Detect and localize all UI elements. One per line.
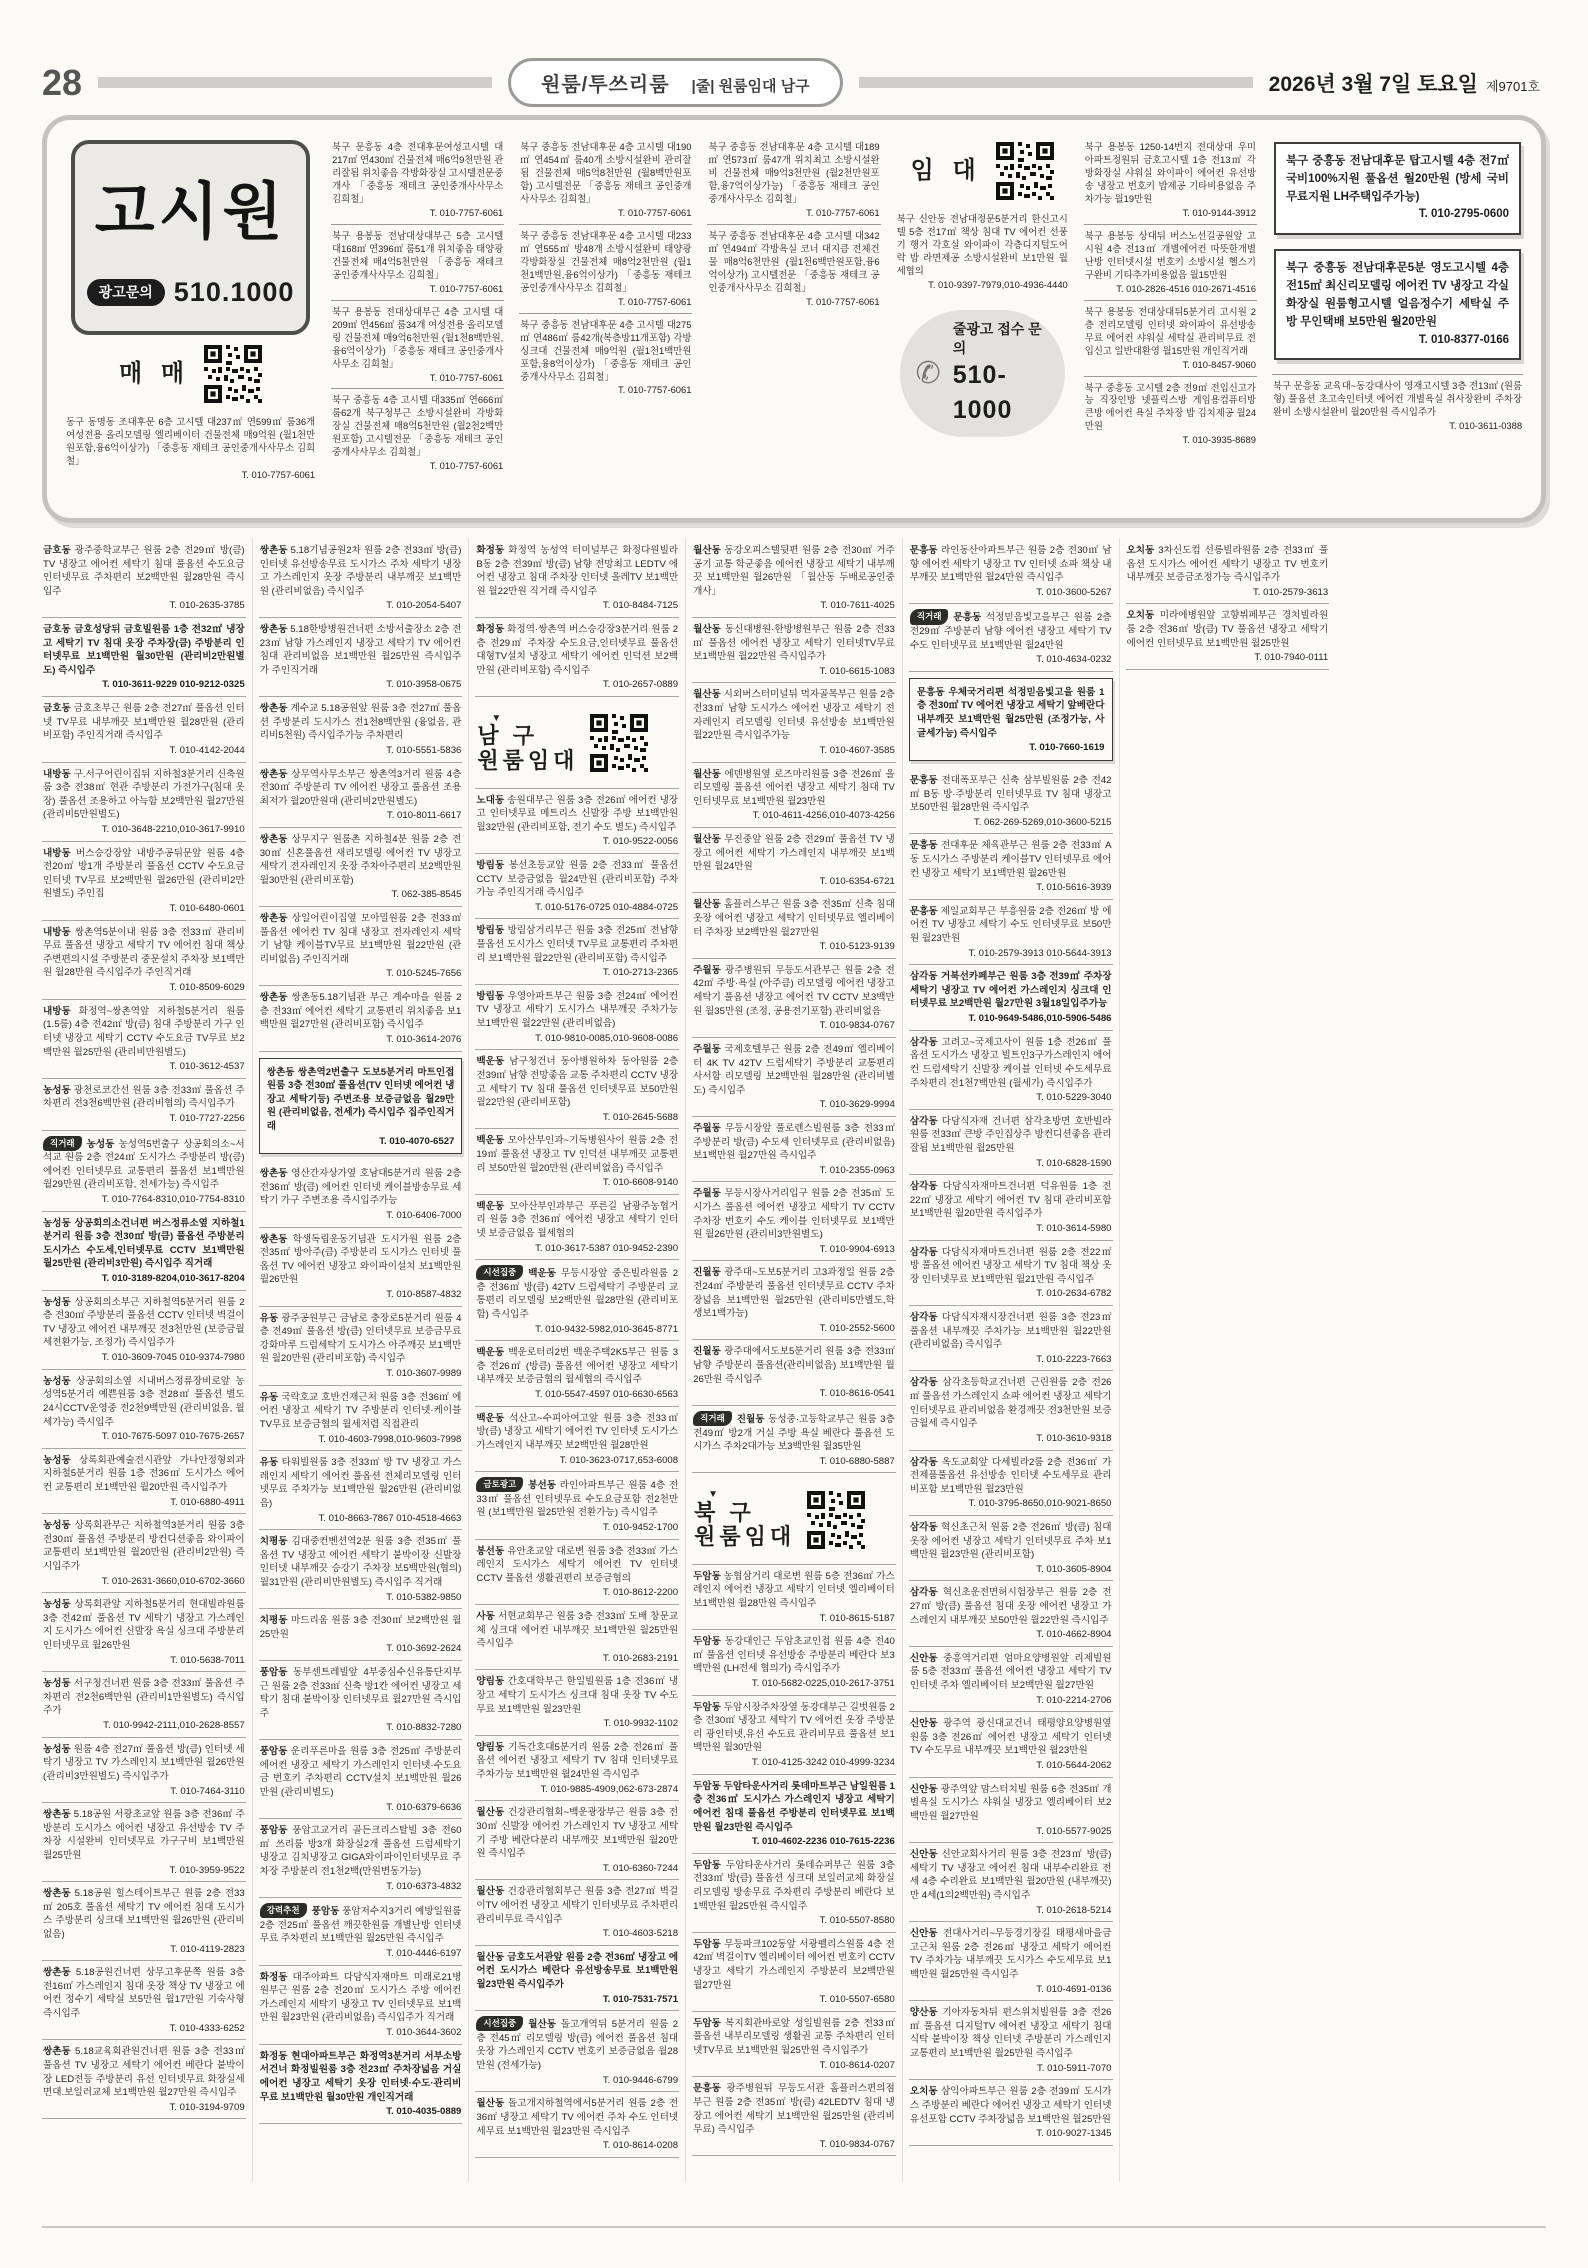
ad-phone: T. 010-2552-5600 [693,1322,895,1336]
ad-locality: 주월동 [693,1123,725,1134]
ad-locality: 북구 [520,141,541,152]
ad-phone: T. 010-8484-7125 [476,599,678,613]
ad-locality: 월산동 [476,1952,507,1963]
ad-locality: 신안동 [910,1718,943,1729]
region-section-header: ▼북 구 원룸임대 [692,1473,896,1564]
ad-phone: T. 010-2631-3660,010-6702-3660 [43,1575,245,1589]
ad-phone: T. 010-3795-8650,010-9021-8650 [910,1497,1112,1511]
ad-phone: T. 010-2579-3913 010-5644-3913 [910,947,1112,961]
ad-locality: 문흥동 [910,840,941,851]
ad-locality: 백운동 [476,1413,509,1424]
classified-ad: 농성동 상공회의소옆 시내버스정류장비로앞 농성역5분거리 예쁜원룸 3층 전2… [42,1370,246,1449]
ad-phone: T. 010-8377-0166 [1286,332,1509,350]
classified-ad: 북구 중흥동 전남대후문 4층 고시텔 대190㎡ 연454㎡ 룸40개 소방시… [519,136,692,224]
ad-locality: 농성동 [43,1599,74,1610]
ad-locality: 신안동 [910,1849,942,1860]
ad-phone: T. 010-3692-2624 [260,1642,462,1656]
ad-locality: 쌍촌동 [43,1888,75,1899]
ad-phone: T. 010-9932-1102 [476,1717,678,1731]
classified-ad: 쌍촌동 5.18공원 힐스테이트부근 원룸 2층 전33㎡ 205호 풀옵션 세… [42,1882,246,1961]
ad-phone: T. 010-2579-3613 [1127,586,1329,600]
classified-ad: 농성동 광천로코간선 원룸 3층 전33㎡ 풀옵션 주차편리 전3천6백만원 (… [42,1079,246,1131]
ad-badge: 시선집중 [476,1265,523,1280]
ad-locality: 쌍촌동 [43,1809,74,1820]
classified-ad: 내방동 화정역~쌍촌역앞 지하철5분거리 원룸(1.5룸) 4층 전42㎡ 방(… [42,1000,246,1079]
qr-code [590,714,648,772]
ad-phone: T. 010-9834-0767 [693,1019,895,1033]
ad-phone: T. 010-6354-6721 [693,875,895,889]
ad-phone: T. 010-4125-3242 010-4999-3234 [693,1756,895,1770]
classified-ad: 쌍촌동 계수교 5.18공원앞 원룸 3층 전27㎡ 풀옵션 주방분리 도시가스… [259,697,463,762]
classified-columns: 금호동 광주중학교부근 원룸 2층 전29㎡ 방(큼) TV 냉장고 에어컨 세… [42,539,1546,2181]
ad-locality: 화정동 [476,545,508,556]
ad-locality: 화정동 [260,2051,291,2062]
ad-phone: T. 010-3189-8204,010-3617-8204 [43,1272,245,1286]
ad-badge: 직거래 [693,1411,732,1426]
ad-phone: T. 010-8616-0541 [693,1387,895,1401]
classified-ad: 두암동 동강대인근 두암초교인접 원룸 4층 전40㎡ 풀옵션 인터넷 유선방송… [692,1630,896,1695]
ad-locality: 신안동 [910,1928,943,1939]
classified-ad: 농성동 상공회의소건너편 버스정류소옆 지하철1분거리 원룸 3층 전30㎡ 방… [42,1212,246,1291]
classified-ad: 신안동 신안교회사거리 원룸 3층 전23㎡ 방(큼) 세탁기 TV 냉장고 에… [909,1843,1113,1922]
ad-phone: T. 010-4070-6527 [267,1135,455,1149]
ad-phone: T. 010-8011-6617 [260,809,462,823]
classified-ad: 치평동 마드리움 원룸 3층 전30㎡ 보2백만원 월25만원T. 010-36… [259,1609,463,1661]
classified-ad: 두암동 두암시장주차장옆 동강대부근 길벗원룸 2층 전30㎡ 냉장고 세탁기 … [692,1696,896,1775]
ad-phone: T. 010-8457-9060 [1085,359,1256,372]
ad-phone: T. 010-7757-6061 [708,207,879,220]
classified-ad: 쌍촌동 5.18공원건너편 상무고후문쪽 원룸 3층 전16㎡ 가스레인지 침대… [42,1961,246,2040]
ad-locality: 신안동 [910,1653,943,1664]
line-ad-contact-phone: 510-1000 [953,361,1013,424]
ad-phone: T. 010-5638-7011 [43,1654,245,1668]
classified-ad: 유동 광주공원부근 금남로 충장로5분거리 원룸 4층 전49㎡ 풀옵션 방(큼… [259,1307,463,1386]
maemae-label: 매 매 [119,357,190,390]
classified-ad: 방림동 방림삼거리부근 원룸 3층 전25㎡ 전남향 풀옵션 도시가스 인터넷 … [475,919,679,984]
ad-phone: T. 010-5682-0225,010-2617-3751 [693,1677,895,1691]
ad-locality: 백운동 [476,1056,509,1067]
ad-locality: 북구 [708,230,729,241]
ad-locality: 월산동 [693,545,724,556]
ad-locality: 북구 [1085,230,1107,241]
ad-locality: 삼각동 [910,1457,942,1468]
ad-locality: 동구 [66,416,88,427]
classified-ad: 삼각동 혁신초운전면허시험장부근 원룸 2층 전27㎡ 방(큼) 풀옵션 침대 … [909,1581,1113,1646]
triangle-marker: ▼ [491,713,578,724]
ad-locality: 월산동 [693,899,724,910]
newspaper-page: { "header": { "page_number": "28", "sect… [0,0,1588,2268]
ad-phone: T. 010-3935-8689 [1085,434,1256,447]
classified-ad: 쌍촌동 5.18교육회관원건너편 원룸 3층 전33㎡ 풀옵션 TV 냉장고 세… [42,2040,246,2119]
ad-phone: T. 010-6615-1083 [693,665,895,679]
ad-locality: 문흥동 [910,906,941,917]
ad-locality: 월산동 [693,769,724,780]
classified-ad: 삼각동 옥도교회앞 다세빌라2룸 2층 전36㎡ 가전제품풀옵션 유선방송 인터… [909,1451,1113,1516]
classified-ad: 신안동 중흥역거리편 엄마요양병원앞 리제빌원룸 5층 전33㎡ 풀옵션 에어컨… [909,1647,1113,1712]
ad-badge: 시선집중 [476,2016,523,2031]
ad-locality: 사동 [476,1611,498,1622]
classified-ad: 금호동 광주중학교부근 원룸 2층 전29㎡ 방(큼) TV 냉장고 에어컨 세… [42,539,246,618]
ad-phone: T. 010-3959-9522 [43,1864,245,1878]
classified-ad: 삼각동 삼각초등학교건너편 근린원룸 2층 전26㎡ 풀옵션 가스레인지 쇼파 … [909,1371,1113,1450]
classified-ad: 금토광고봉선동 라인아파트부근 원룸 4층 전33㎡ 풀옵션 인터넷무료 수도요… [475,1472,679,1539]
ad-phone: T. 010-6480-0601 [43,902,245,916]
classified-ad: 유동 국락호교 호반건재근처 원룸 3층 전36㎡ 에어컨 냉장고 세탁기 TV… [259,1386,463,1451]
ad-locality: 쌍촌동 [260,703,291,714]
ad-phone: T. 010-3614-2076 [260,1033,462,1047]
classified-ad: 신안동 광주역앞 맘스터치빌 원룸 6층 전35㎡ 개별욕실 도시가스 샤워실 … [909,1778,1113,1843]
ad-phone: T. 010-5245-7656 [260,967,462,981]
ad-phone: T. 010-3958-0675 [260,678,462,692]
ad-phone: T. 010-8614-0208 [476,2139,678,2153]
maemae-first-ad-slot: 동구 동명동 조대후문 6층 고시텔 대237㎡ 연599㎡ 룸36개 여성전용… [65,411,316,486]
ad-phone: T. 010-7757-6061 [66,469,315,482]
ad-phone: T. 010-8612-2200 [476,1586,678,1600]
top-col-maemae-2: 북구 중흥동 전남대후문 4층 고시텔 대190㎡ 연454㎡ 룸40개 소방시… [519,136,692,506]
ad-locality: 백운동 [476,1347,508,1358]
ad-badge: 직거래 [910,609,949,624]
region-section-header: ▼남 구 원룸임대 [475,697,679,788]
ad-phone: T. 010-5507-6580 [693,1993,895,2007]
ad-locality: 쌍촌동 [260,992,292,1003]
qr-code [204,345,262,403]
classified-ad: 북구 신안동 전남대정문5분거리 한신고시텔 5층 전17㎡ 책상 침대 TV … [896,208,1069,296]
date-block: 2026년 3월 7일 토요일 제9701호 [1269,68,1540,98]
classified-ad: 삼각동 다담식자재마트건너편 덕유원룸 1층 전22㎡ 냉장고 세탁기 에어컨 … [909,1175,1113,1240]
ad-locality: 두암동 [693,2018,725,2029]
ad-locality: 두암동 [693,1571,724,1582]
ad-locality: 월산동 [693,689,724,700]
classified-ad: 신안동 광주역 광신대교건너 태평양요양병원옆 원룸 3층 전26㎡ 에어컨 냉… [909,1712,1113,1777]
ad-phone: T. 010-9885-4909,062-673-2874 [476,1783,678,1797]
ad-locality: 화정동 [260,1972,293,1983]
classified-ad: 삼각동 고려고~국제고사이 원룸 1층 전26㎡ 풀옵션 도시가스 냉장고 빌트… [909,1031,1113,1110]
qr-code [996,142,1054,200]
ad-locality: 북구 [897,213,919,224]
ad-locality: 치평동 [260,1536,292,1547]
classified-ad: 쌍촌동 쌍촌동5.18기념관 부근 계수마을 원룸 2층 전33㎡ 에어컨 세탁… [259,986,463,1051]
ad-locality: 양산동 [910,2007,943,2018]
ad-locality: 쌍촌동 [43,1967,76,1978]
ad-locality: 양림동 [476,1742,508,1753]
ad-locality: 내방동 [43,769,74,780]
ad-locality: 노대동 [476,795,507,806]
ad-locality: 풍암동 [312,1906,343,1917]
classified-ad: 양림동 간호대학부근 한일빌원룸 1층 전36㎡ 냉장고 세탁기 도시가스 싱크… [475,1670,679,1735]
ad-locality: 두암동 [693,1860,726,1871]
classified-ad: 주월동 무등시장사거리입구 원룸 2층 전35㎡ 도시가스 풀옵션 에어컨 냉장… [692,1182,896,1261]
ad-locality: 북구 [1286,155,1312,167]
ad-locality: 풍암동 [260,1667,293,1678]
classified-ad: 농성동 상록회관앞 지하철5분거리 현대빌라원룸 3층 전42㎡ 풀옵션 TV … [42,1593,246,1672]
section-pill: 원룸/투쓰리룸 |줄| 원룸임대 남구 [508,58,843,107]
ad-locality: 주월동 [693,965,725,976]
classified-ad: 북구 용봉동 전대상대부근 4층 고시텔 대209㎡ 연456㎡ 룸34개 여성… [331,300,504,389]
ad-locality: 두암동 [693,1939,724,1950]
classified-ad: 월산동 건강관리협회~백운광장부근 원룸 3층 전30㎡ 신발장 에어컨 가스레… [475,1801,679,1880]
ad-phone: T. 010-5229-3040 [910,1091,1112,1105]
classified-ad: 진월동 광주대에서도보5분거리 원룸 3층 전33㎡ 남향 주방분리 풀옵션(관… [692,1340,896,1405]
classified-ad: 백운동 모아산부인과부근 푸른길 남광주농협거리 원룸 3층 전36㎡ 에어컨 … [475,1195,679,1260]
ad-locality: 북구 [520,230,541,241]
ad-locality: 쌍촌동 [43,2046,75,2057]
classified-ad: 진월동 광주대~도보5분거리 고3과정일 원룸 2층 전24㎡ 주방분리 풀옵션… [692,1261,896,1340]
classified-ad: 풍암동 풍암고교거리 골든크리스탈빌 3층 전60㎡ 쓰리룸 방3개 화장실2개… [259,1819,463,1898]
classified-ad: 쌍촌동 5.18한방병원건너편 소방서출장소 2층 전23㎡ 남향 가스레인지 … [259,618,463,697]
ad-phone: T. 010-7464-3110 [43,1785,245,1799]
ad-locality: 쌍촌동 [260,1168,292,1179]
ad-phone: T. 010-3617-5387 010-9452-2390 [476,1242,678,1256]
ad-locality: 삼각동 [910,1377,943,1388]
classified-ad: 월산동 동신대병원·한방병원부근 원룸 2층 전33㎡ 풀옵션 에어컨 냉장고 … [692,618,896,683]
ad-locality: 방림동 [476,991,507,1002]
classified-ad: 노대동 송원대부근 원룸 3층 전26㎡ 에어컨 냉장고 인터넷무료 메트리스 … [475,789,679,854]
ad-locality: 금호동 [43,545,75,556]
ad-locality: 두암동 [693,1636,725,1647]
ad-locality: 문흥동 [910,775,942,786]
boxed-classified-ad: 문흥동 우체국거리편 석정믿음빛고을 원룸 1층 전30㎡ TV 에어컨 냉장고… [909,678,1113,761]
classified-ad: 백운동 남구청건너 동아병원하차 동아원룸 2층 전39㎡ 남향 전망좋음 교통… [475,1050,679,1129]
ad-phone: T. 010-6880-5887 [693,1455,895,1469]
ad-phone: T. 010-5644-2062 [910,1759,1112,1773]
ad-phone: T. 010-7764-8310,010-7754-8310 [43,1193,245,1207]
classified-ad: 삼각동 혁신초근처 원룸 2층 전26㎡ 방(큼) 침대 옷장 에어컨 냉장고 … [909,1516,1113,1581]
ad-phone: T. 010-2635-3785 [43,599,245,613]
ad-phone: T. 010-7757-6061 [520,207,691,220]
ad-locality: 북구 [332,141,355,152]
ad-phone: T. 010-9834-0767 [693,2138,895,2152]
imdae-label: 임 대 [911,154,982,187]
ad-locality: 농성동 [43,1297,75,1308]
ad-phone: T. 010-7727-2256 [43,1112,245,1126]
classified-ad: 화정동 현대아파트부근 화정역3분거리 서부소방서건너 화정빌원룸 3층 전23… [259,2045,463,2124]
ad-locality: 삼각동 [910,1247,942,1258]
classified-ad: 백운동 석산고~수피아여고앞 원룸 3층 전33㎡ 방(큼) 냉장고 세탁기 에… [475,1407,679,1472]
classified-ad: 봉선동 유안초교앞 대로변 원룸 3층 전33㎡ 가스레인지 도시가스 세탁기 … [475,1540,679,1605]
classified-ad: 문흥동 광주병원뒤 무등도서관 홈플러스편의점부근 원룸 2층 전35㎡ 방(큼… [692,2077,896,2156]
ad-phone: T. 010-6828-1590 [910,1157,1112,1171]
ad-badge: 직거래 [43,1136,82,1151]
classified-ad: 문흥동 라인동산아파트부근 원룸 2층 전30㎡ 남향 에어컨 세탁기 냉장고 … [909,539,1113,604]
ad-phone: T. 010-6406-7000 [260,1209,462,1223]
ad-locality: 삼각동 [910,1116,942,1127]
ad-locality: 백운동 [476,1135,507,1146]
ad-phone: T. 010-3600-5267 [910,586,1112,600]
classified-ad: 쌍촌동 5.18기념공원2차 원룸 2층 전33㎡ 방(큼) 인터넷 유선방송무… [259,539,463,618]
ad-locality: 삼각동 [910,1587,943,1598]
classified-ad: 문흥동 전대폭포부근 신축 삼부빌원룸 2층 전42㎡ B동 방·주방분리 인터… [909,769,1113,834]
ad-locality: 삼각동 [910,971,941,982]
classified-ad: 시선집중월산동 돌고개역뒤 5분거리 원룸 2층 전45㎡ 리모델링 방(큼) … [475,2011,679,2092]
classified-ad: 동구 동명동 조대후문 6층 고시텔 대237㎡ 연599㎡ 룸36개 여성전용… [65,411,316,486]
ad-phone: T. 010-3609-7045 010-9374-7980 [43,1351,245,1365]
classified-ad: 주월동 무등시장앞 풀로렌스빌원룸 3층 전33㎡ 주방분리 방(큼) 수도세 … [692,1117,896,1182]
ad-phone: T. 010-9452-1700 [476,1521,678,1535]
classified-ad: 화정동 화정역·쌍촌역 버스승강장3분거리 원룸 2층 전29㎡ 주차장 수도요… [475,618,679,697]
classified-ad: 내방동 버스승강장앞 내방주공뒤문앞 원룸 4층 전20㎡ 방1개 주방분리 풀… [42,842,246,921]
classified-ad: 쌍촌동 5.18공원 서광초교앞 원룸 3층 전36㎡ 주방분리 도시가스 에어… [42,1803,246,1882]
ad-phone: T. 010-3194-9709 [43,2101,245,2115]
ad-phone: T. 010-2355-0963 [693,1164,895,1178]
classified-ad: 두암동 농협삼거리 대로변 원룸 5층 전36㎡ 가스레인지 에어컨 냉장고 세… [692,1565,896,1630]
ad-phone: T. 010-2826-4516 010-2671-4516 [1085,283,1256,296]
classified-ad: 방림동 봉선초등교앞 원룸 2층 전33㎡ 풀옵션 CCTV 보증금없음 월24… [475,854,679,919]
classified-ad: 쌍촌동 상일어린이집옆 모아밀원룸 2층 전33㎡ 풀옵션 에어컨 TV 침대 … [259,907,463,986]
ad-locality: 오치동 [1127,545,1159,556]
ad-phone: T. 010-5616-3939 [910,881,1112,895]
ad-phone: T. 010-3623-0717,653-6008 [476,1454,678,1468]
ad-phone: T. 010-4634-0232 [910,653,1112,667]
ad-phone: T. 010-5382-9850 [260,1591,462,1605]
classified-ad: 직거래진월동 동성중·고등학교부근 원룸 3층 전49㎡ 방2개 거실 주방 욕… [692,1406,896,1473]
ad-locality: 북구 [332,230,355,241]
ad-badge: 강력추천 [260,1903,307,1918]
ad-locality: 북구 [1085,306,1107,317]
ad-phone: T. 010-2713-2365 [476,966,678,980]
section-subtitle: |줄| 원룸임대 남구 [692,75,810,96]
section-title: 원룸/투쓰리룸 [541,68,669,97]
ad-phone: T. 010-8832-7280 [260,1721,462,1735]
ad-badge: 금토광고 [476,1477,523,1492]
classified-ad: 삼각동 다담식자재마트건너편 원룸 2층 전22㎡ 방 풀옵션 에어컨 냉장고 … [909,1241,1113,1306]
classified-ad: 월산동 홈플러스부근 원룸 3층 전35㎡ 신축 침대 옷장 에어컨 냉장고 세… [692,893,896,958]
classified-ad: 월산동 에덴병원옆 로즈마리원룸 3층 전26㎡ 올리모델링 풀옵션 에어컨 냉… [692,763,896,828]
ad-phone: T. 010-4662-8904 [910,1628,1112,1642]
ad-locality: 내방동 [43,848,76,859]
ad-phone: T. 010-8615-5187 [693,1612,895,1626]
ad-locality: 내방동 [43,1006,79,1017]
classified-ad: 농성동 상록회관부근 지하철역3분거리 원룸 3층 전30㎡ 풀옵션 주방분리 … [42,1514,246,1593]
ad-locality: 진월동 [737,1414,768,1425]
ad-phone: T. 010-8663-7867 010-4518-4663 [260,1512,462,1526]
issue-number: 제9701호 [1486,76,1540,95]
ad-phone: T. 010-7531-7571 [476,1993,678,2007]
ad-locality: 백운동 [476,1201,509,1212]
ad-locality: 북구 [332,394,353,405]
ad-phone: T. 010-5507-8580 [693,1914,895,1928]
classified-ad: 내방동 구.서구어린이집뒤 지하철3분거리 신축원룸 3층 전38㎡ 현관 주방… [42,763,246,842]
ad-phone: T. 010-2618-5214 [910,1904,1112,1918]
ad-locality: 쌍촌동 [260,913,292,924]
ad-phone: T. 010-5176-0725 010-4884-0725 [476,901,678,915]
ad-locality: 월산동 [476,2098,508,2109]
classified-ad: 삼각동 다담식자재 건너편 삼각초방면 호반빌라원룸 전33㎡ 큰방 주인집상주… [909,1110,1113,1175]
classified-ad: 화정동 대주아파트 다담식자재마트 미래로21병원부근 원룸 2층 전20㎡ 도… [259,1966,463,2045]
classified-ad: 쌍촌동 학생독립운동기념관 도시가원 원룸 2층 전35㎡ 방아주(큼) 주방분… [259,1228,463,1307]
ad-phone: T. 010-2214-2706 [910,1694,1112,1708]
ad-phone: T. 010-5123-9139 [693,940,895,954]
ad-phone: T. 010-7757-6061 [708,296,879,309]
ad-phone: T. 010-4603-7998,010-9603-7998 [260,1433,462,1447]
ad-locality: 치평동 [260,1615,291,1626]
classified-ad: 시선집중백운동 무등시장앞 중은빌라원룸 2층 전36㎡ 방(큼) 42TV 드… [475,1260,679,1341]
classified-ad: 농성동 서구청건너편 원룸 3층 전33㎡ 풀옵션 주차편리 전2천6백만원 (… [42,1672,246,1737]
page-number: 28 [42,62,82,104]
ad-phone: T. 010-9942-2111,010-2628-8557 [43,1719,245,1733]
ad-phone: T. 010-9904-6913 [693,1243,895,1257]
classified-ad: 오치동 삼익아파트부근 원룸 2층 전39㎡ 도시가스 주방분리 베란다 에어컨… [909,2080,1113,2145]
ad-locality: 북구 [1273,380,1294,391]
classified-ad: 북구 용봉동 1250-14번지 전대상대 우미아파트정원뒤 금호고시텔 1층 … [1084,136,1257,224]
ad-locality: 농성동 [43,1376,76,1387]
ad-phone: T. 010-2223-7663 [910,1353,1112,1367]
ad-phone: T. 010-5547-4597 010-6630-6563 [476,1388,678,1402]
ad-phone: T. 010-2795-0600 [1286,206,1509,224]
ad-locality: 문흥동 [953,612,985,623]
ad-phone: T. 010-4333-6252 [43,2022,245,2036]
ad-phone: T. 010-3611-9229 010-9212-0325 [43,678,245,692]
ad-locality: 농성동 [43,1218,74,1229]
classified-ad: 강력추천풍암동 풍암저수지3거리 예방일원룸 2층 전25㎡ 풀옵션 깨끗한원룸… [259,1898,463,1965]
region-section-title: ▼북 구 원룸임대 [694,1489,795,1549]
ad-locality: 봉선동 [528,1480,560,1491]
ad-locality: 쌍촌동 [267,1067,298,1078]
ad-phone: T. 010-9446-6799 [476,2074,678,2088]
ad-locality: 북구 [1286,262,1314,274]
ad-locality: 봉선동 [476,1546,507,1557]
ad-locality: 문흥동 [910,545,941,556]
ad-phone: T. 010-7757-6061 [332,372,503,385]
ad-phone: T. 010-2645-5688 [476,1111,678,1125]
ad-locality: 월산동 [528,2019,560,2030]
gosiwon-ad-box: 고시원 광고문의 510.1000 [71,140,310,335]
top-col-imdae-ads: 북구 용봉동 1250-14번지 전대상대 우미아파트정원뒤 금호고시텔 1층 … [1084,136,1257,506]
ad-locality: 유동 [260,1392,282,1403]
classified-ad: 두암동 무등파크102동앞 서광펠리스원룸 4층 전42㎡ 벽걸이TV 엘리베이… [692,1933,896,2012]
classified-ad: 직거래문흥동 석정믿음빛고을부근 원룸 2층 전29㎡ 주방분리 남향 에어컨 … [909,604,1113,671]
top-col-maemae-1: 북구 문흥동 4층 전대후문여성고시텔 대217㎡ 연430㎡ 건물전체 매6억… [331,136,504,506]
ad-phone: T. 010-4603-5218 [476,1927,678,1941]
classified-ad: 쌍촌동 영산간자상가옆 호남대5분거리 원룸 2층 전36㎡ 방(큼) 에어컨 … [259,1162,463,1227]
footer-rule [42,2226,1546,2228]
classified-ad: 두암동 두암타운사거리 롯데슈퍼부근 원룸 3층 전33㎡ 방(큼) 풀옵션 싱… [692,1854,896,1933]
ad-phone: T. 010-9397-7979,010-4936-4440 [897,279,1068,292]
page-header: 28 원룸/투쓰리룸 |줄| 원룸임대 남구 2026년 3월 7일 토요일 제… [42,58,1546,107]
ad-phone: T. 010-9027-1345 [910,2127,1112,2141]
ad-locality: 화정동 [476,624,507,635]
ad-locality: 농성동 [43,1678,74,1689]
ad-locality: 농성동 [43,1520,75,1531]
classified-ad: 북구 문흥동 교육대~동강대사이 영재고시텔 3층 전13㎡ (원룸형) 풀옵션… [1272,374,1523,437]
classified-ad: 치평동 김대중컨벤션역2분 원룸 3층 전35㎡ 풀옵션 TV 냉장고 에어컨 … [259,1530,463,1609]
ad-locality: 쌍촌동 [260,769,292,780]
classified-ad: 금호동 금호초부근 원룸 2층 전27㎡ 풀옵션 인터넷 TV무료 내부깨끗 보… [42,697,246,762]
ad-phone: T. 010-7660-1619 [917,741,1105,755]
ad-phone: T. 010-9810-0085,010-9608-0086 [476,1032,678,1046]
classified-ad: 북구 용봉동 전남대상대부근 5층 고시텔 대168㎡ 연396㎡ 룸51개 위… [331,224,504,300]
ad-locality: 북구 [1085,141,1108,152]
classified-ad: 백운동 모아산부인과~기독병원사이 원룸 2층 전19㎡ 풀옵션 냉장고 TV … [475,1129,679,1194]
issue-date: 2026년 3월 7일 토요일 [1269,68,1478,98]
classified-ad: 직거래농성동 농성역5번출구 상공회의소~서석교 원룸 2층 전24㎡ 도시가스… [42,1131,246,1212]
ad-locality: 농성동 [43,1744,74,1755]
classified-ad: 북구 용봉동 상대뒤 버스노선길공원앞 고시원 4층 전13㎡ 개별에어컨 따뜻… [1084,224,1257,300]
classified-ad: 두암동 복지회관바로앞 성일빌원룸 2층 전33㎡ 풀옵션 내부리모델링 생활권… [692,2012,896,2077]
ad-phone: T. 010-3614-5980 [910,1222,1112,1236]
ad-locality: 월산동 [693,834,724,845]
header-rule-right [859,77,1253,88]
gosiwon-top-band: 고시원 광고문의 510.1000 매 매 동구 동명동 조대후문 6층 고시텔… [42,115,1546,523]
ad-phone: T. 010-5911-7070 [910,2062,1112,2076]
ad-phone: T. 010-6373-4832 [260,1880,462,1894]
classified-ad: 월산동 건강관리협회부근 원룸 3층 전27㎡ 벽걸이TV 에어컨 냉장고 세탁… [475,1880,679,1945]
ad-phone: T. 010-4691-0136 [910,1983,1112,1997]
ad-phone: T. 010-3629-9994 [693,1098,895,1112]
classified-ad: 두암동 두암타운사거리 롯데마트부근 남일원룸 1층 전36㎡ 도시가스 가스레… [692,1775,896,1854]
top-col-maemae-3: 북구 중흥동 전남대후문 4층 고시텔 대189㎡ 연573㎡ 룸47개 위치최… [707,136,880,506]
ad-phone: T. 062-385-8545 [260,888,462,902]
ad-phone: T. 010-4602-2236 010-7615-2236 [693,1835,895,1849]
